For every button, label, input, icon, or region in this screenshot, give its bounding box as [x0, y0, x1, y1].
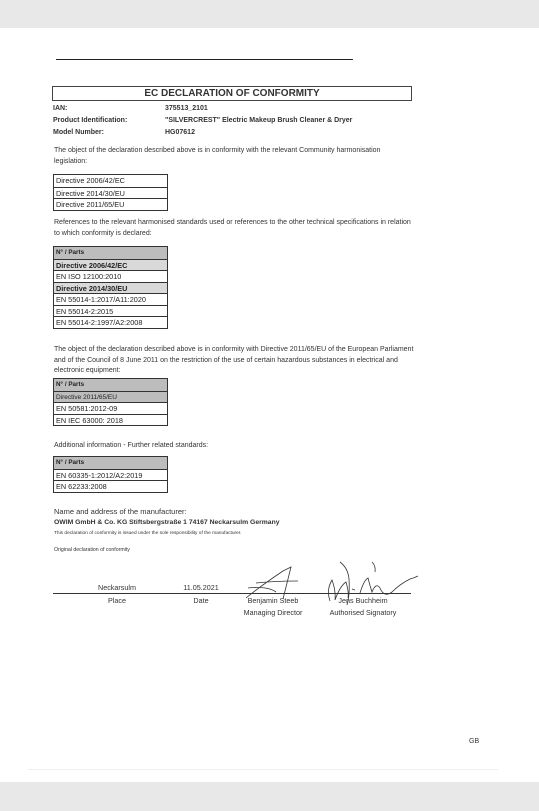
table-row: EN 62233:2008: [54, 480, 167, 492]
date-value: 11.05.2021: [176, 583, 226, 592]
intro-paragraph: The object of the declaration described …: [54, 146, 414, 167]
directive-row: Directive 2006/42/EC: [54, 175, 167, 187]
table-row: EN 55014-2:1997/A2:2008: [54, 316, 167, 328]
rohs-paragraph: The object of the declaration described …: [54, 345, 419, 377]
directives-table: Directive 2006/42/EC Directive 2014/30/E…: [53, 174, 168, 211]
place-label: Place: [92, 596, 142, 605]
manufacturer-label: Name and address of the manufacturer:: [54, 507, 187, 516]
signature-line: [53, 593, 411, 594]
responsibility-note: This declaration of conformity is issued…: [54, 531, 241, 536]
header-rule: [56, 59, 353, 60]
place-value: Neckarsulm: [92, 583, 142, 592]
table-row: EN 50581:2012-09: [54, 402, 167, 414]
ian-value: 375513_2101: [165, 105, 208, 112]
table-header: N° / Parts: [54, 379, 167, 391]
document-title: EC DECLARATION OF CONFORMITY: [52, 86, 412, 101]
model-number-value: HG07612: [165, 129, 195, 136]
table-row: EN 55014-1:2017/A11:2020: [54, 293, 167, 305]
directive-row: Directive 2011/65/EU: [54, 198, 167, 210]
table-header: N° / Parts: [54, 247, 167, 259]
signer2-title: Authorised Signatory: [323, 608, 403, 617]
table-row: EN ISO 12100:2010: [54, 270, 167, 282]
additional-info-paragraph: Additional information - Further related…: [54, 441, 414, 452]
viewer-bottom-band: [0, 782, 539, 811]
table-row: Directive 2014/30/EU: [54, 282, 167, 294]
signer1-name: Benjamin Steeb: [238, 596, 308, 605]
table-row: EN 55014-2:2015: [54, 305, 167, 317]
page-language-code: GB: [469, 738, 479, 745]
viewer-top-band: [0, 0, 539, 28]
standards-table: N° / Parts Directive 2006/42/EC EN ISO 1…: [53, 246, 168, 329]
product-id-value: "SILVERCREST" Electric Makeup Brush Clea…: [165, 117, 352, 124]
rohs-table: N° / Parts Directive 2011/65/EU EN 50581…: [53, 378, 168, 426]
date-label: Date: [176, 596, 226, 605]
standards-intro-paragraph: References to the relevant harmonised st…: [54, 218, 414, 239]
product-id-label: Product Identification:: [53, 117, 127, 124]
table-header: N° / Parts: [54, 457, 167, 469]
table-row: Directive 2011/65/EU: [54, 391, 167, 403]
manufacturer-address: OWIM GmbH & Co. KG Stiftsbergstraße 1 74…: [54, 519, 280, 526]
signer2-name: Jens Buchheim: [323, 596, 403, 605]
original-declaration-label: Original declaration of conformity: [54, 547, 130, 553]
table-row: EN 60335-1:2012/A2:2019: [54, 469, 167, 481]
signer1-title: Managing Director: [238, 608, 308, 617]
model-number-label: Model Number:: [53, 129, 104, 136]
table-row: EN IEC 63000: 2018: [54, 414, 167, 426]
additional-standards-table: N° / Parts EN 60335-1:2012/A2:2019 EN 62…: [53, 456, 168, 493]
directive-row: Directive 2014/30/EU: [54, 187, 167, 199]
table-row: Directive 2006/42/EC: [54, 259, 167, 271]
page-bottom-divider: [28, 769, 498, 770]
ian-label: IAN:: [53, 105, 67, 112]
